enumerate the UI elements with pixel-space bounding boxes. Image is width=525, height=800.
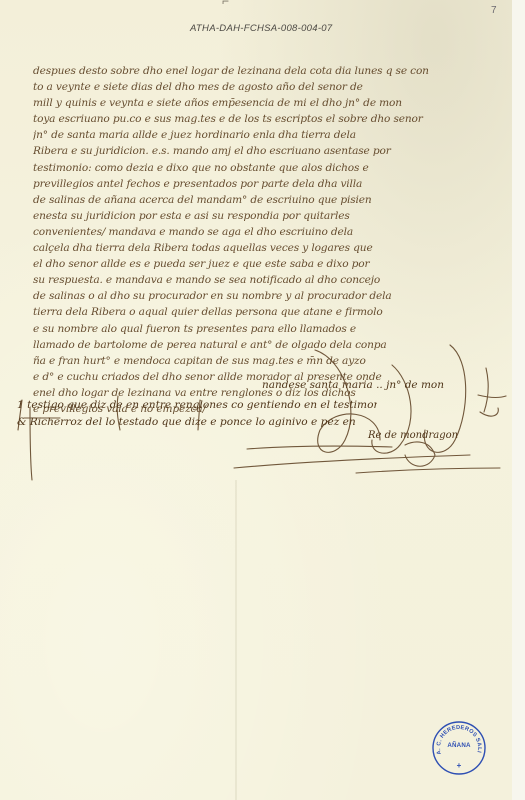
svg-text:+: + (457, 761, 462, 770)
text-line: llamado de bartolome de perea natural e … (33, 337, 503, 353)
svg-text:A. C. HEREDEROS SALINAS: A. C. HEREDEROS SALINAS (431, 720, 482, 755)
text-line: e su nombre alo qual fueron ts presentes… (33, 321, 503, 337)
text-line: toya escriuano pu.co e sus mag.tes e de … (33, 111, 503, 127)
text-line: de salinas de añana acerca del mandam° d… (33, 192, 503, 208)
archive-reference: ATHA-DAH-FCHSA-008-004-07 (190, 23, 332, 34)
text-line: su respuesta. e mandava e mando se sea n… (33, 272, 503, 288)
text-line: to a veynte e siete dias del dho mes de … (33, 79, 503, 95)
paper-fold-line (235, 480, 237, 800)
stamp-center-text: AÑANA (431, 742, 487, 749)
text-line: calçela dha tierra dela Ribera todas aqu… (33, 240, 503, 256)
text-line: de salinas o al dho su procurador en su … (33, 288, 503, 304)
top-margin-mark: ⌐ (222, 0, 229, 8)
text-line: previllegios antel fechos e presentados … (33, 176, 503, 192)
folio-number: 7 (491, 5, 497, 16)
postscript-line: & Richerroz del lo testado que dize e po… (17, 414, 377, 431)
scan-margin (512, 0, 525, 800)
text-line: jn° de santa maria allde e juez hordinar… (33, 127, 503, 143)
text-line: ña e fran hurt° e mendoca capitan de sus… (33, 353, 503, 369)
text-line: mill y quinis e veynta e siete años emp̄… (33, 95, 503, 111)
postscript-block: 1 testigo que diz de en entre renglones … (17, 397, 377, 431)
text-line: el dho senor allde es e pueda ser juez e… (33, 256, 503, 272)
inline-signature-name: nandese santa maria .. jn° de mon (262, 379, 444, 391)
text-line: tierra dela Ribera o aqual quier dellas … (33, 304, 503, 320)
archive-stamp: A. C. HEREDEROS SALINAS + AÑANA (431, 720, 487, 776)
text-line: despues desto sobre dho enel logar de le… (33, 63, 503, 79)
manuscript-page: ⌐ ATHA-DAH-FCHSA-008-004-07 7 despues de… (0, 0, 513, 800)
postscript-line: 1 testigo que diz de en entre renglones … (17, 397, 377, 414)
main-text-block: despues desto sobre dho enel logar de le… (33, 63, 503, 417)
secondary-signature-name: Re de mondragon (368, 430, 458, 441)
text-line: convenientes/ mandava e mando se aga el … (33, 224, 503, 240)
text-line: Ribera e su juridicion. e.s. mando amj e… (33, 143, 503, 159)
text-line: testimonio: como dezia e dixo que no obs… (33, 160, 503, 176)
text-line: enesta su juridicion por esta e asi su r… (33, 208, 503, 224)
